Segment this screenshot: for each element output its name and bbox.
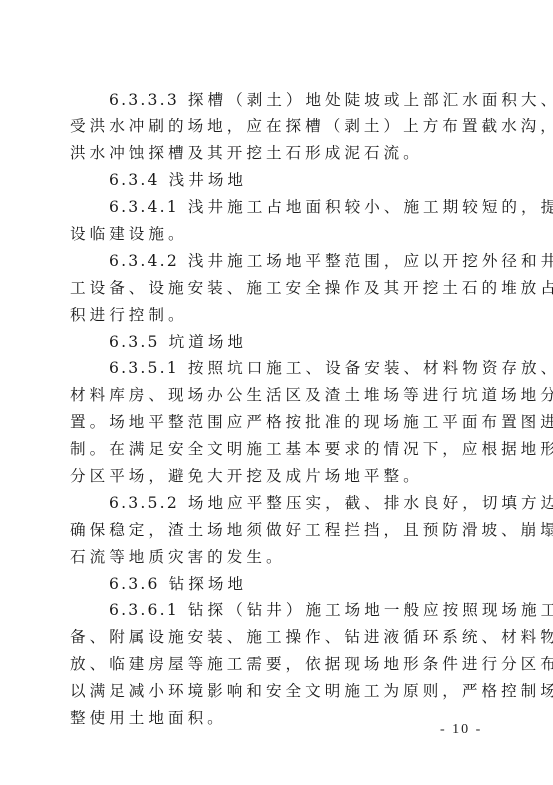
- section-title: 坑道场地: [160, 333, 247, 351]
- text-line: 设临建设施。: [70, 221, 484, 248]
- clause-text: 备、附属设施安装、施工操作、钻进液循环系统、材料物资存: [70, 628, 553, 646]
- clause-text: 以满足减小环境影响和安全文明施工为原则，严格控制场地平: [70, 682, 553, 700]
- clause-number: 6.3.4.1: [109, 198, 179, 216]
- clause-text: 按照坑口施工、设备安装、材料物资存放、设备: [179, 359, 553, 377]
- heading-6-3-6: 6.3.6 钻探场地: [70, 571, 484, 598]
- section-number: 6.3.4: [109, 171, 160, 189]
- heading-6-3-4: 6.3.4 浅井场地: [70, 167, 484, 194]
- heading-6-3-5: 6.3.5 坑道场地: [70, 329, 484, 356]
- section-number: 6.3.5: [109, 333, 160, 351]
- clause-text: 制。在满足安全文明施工基本要求的情况下，应根据地形条件: [70, 440, 553, 458]
- text-line: 备、附属设施安装、施工操作、钻进液循环系统、材料物资存: [70, 624, 484, 651]
- clause-number: 6.3.3.3: [109, 91, 179, 109]
- clause-text: 钻探（钻井）施工场地一般应按照现场施工设: [179, 601, 553, 619]
- clause-text: 工设备、设施安装、施工安全操作及其开挖土石的堆放占地面: [70, 279, 553, 297]
- clause-text: 探槽（剥土）地处陡坡或上部汇水面积大、易遭: [179, 91, 553, 109]
- clause-text: 分区平场，避免大开挖及成片场地平整。: [70, 467, 423, 485]
- clause-text: 设临建设施。: [70, 225, 188, 243]
- text-line: 积进行控制。: [70, 302, 484, 329]
- clause-text: 浅井施工场地平整范围，应以开挖外径和井口施: [179, 252, 553, 270]
- clause-6-3-3-3: 6.3.3.3 探槽（剥土）地处陡坡或上部汇水面积大、易遭: [70, 87, 484, 114]
- text-line: 分区平场，避免大开挖及成片场地平整。: [70, 463, 484, 490]
- clause-number: 6.3.4.2: [109, 252, 179, 270]
- clause-text: 石流等地质灾害的发生。: [70, 548, 286, 566]
- text-line: 制。在满足安全文明施工基本要求的情况下，应根据地形条件: [70, 436, 484, 463]
- text-line: 置。场地平整范围应严格按批准的现场施工平面布置图进行控: [70, 409, 484, 436]
- section-title: 浅井场地: [160, 171, 247, 189]
- clause-6-3-5-1: 6.3.5.1 按照坑口施工、设备安装、材料物资存放、设备: [70, 355, 484, 382]
- text-line: 确保稳定，渣土场地须做好工程拦挡，且预防滑坡、崩塌、泥: [70, 517, 484, 544]
- page-number: - 10 -: [440, 722, 500, 738]
- text-line: 以满足减小环境影响和安全文明施工为原则，严格控制场地平: [70, 678, 484, 705]
- clause-6-3-5-2: 6.3.5.2 场地应平整压实，截、排水良好，切填方边坡应: [70, 490, 484, 517]
- clause-6-3-6-1: 6.3.6.1 钻探（钻井）施工场地一般应按照现场施工设: [70, 597, 484, 624]
- text-line: 石流等地质灾害的发生。: [70, 544, 484, 571]
- clause-text: 积进行控制。: [70, 306, 188, 324]
- clause-text: 场地应平整压实，截、排水良好，切填方边坡应: [179, 494, 553, 512]
- clause-number: 6.3.6.1: [109, 601, 179, 619]
- text-line: 受洪水冲刷的场地，应在探槽（剥土）上方布置截水沟，预防: [70, 113, 484, 140]
- clause-text: 整使用土地面积。: [70, 709, 227, 727]
- clause-text: 浅井施工占地面积较小、施工期较短的，提倡不: [179, 198, 553, 216]
- section-title: 钻探场地: [160, 575, 247, 593]
- clause-text: 洪水冲蚀探槽及其开挖土石形成泥石流。: [70, 144, 423, 162]
- text-line: 洪水冲蚀探槽及其开挖土石形成泥石流。: [70, 140, 484, 167]
- text-line: 整使用土地面积。: [70, 705, 484, 732]
- clause-text: 置。场地平整范围应严格按批准的现场施工平面布置图进行控: [70, 413, 553, 431]
- body-text: 6.3.3.3 探槽（剥土）地处陡坡或上部汇水面积大、易遭 受洪水冲刷的场地，应…: [70, 87, 484, 732]
- text-line: 工设备、设施安装、施工安全操作及其开挖土石的堆放占地面: [70, 275, 484, 302]
- clause-number: 6.3.5.1: [109, 359, 179, 377]
- clause-6-3-4-1: 6.3.4.1 浅井施工占地面积较小、施工期较短的，提倡不: [70, 194, 484, 221]
- clause-6-3-4-2: 6.3.4.2 浅井施工场地平整范围，应以开挖外径和井口施: [70, 248, 484, 275]
- text-line: 放、临建房屋等施工需要，依据现场地形条件进行分区布置，: [70, 651, 484, 678]
- section-number: 6.3.6: [109, 575, 160, 593]
- text-line: 材料库房、现场办公生活区及渣土堆场等进行坑道场地分区布: [70, 382, 484, 409]
- clause-text: 放、临建房屋等施工需要，依据现场地形条件进行分区布置，: [70, 655, 553, 673]
- clause-text: 确保稳定，渣土场地须做好工程拦挡，且预防滑坡、崩塌、泥: [70, 521, 553, 539]
- document-page: 6.3.3.3 探槽（剥土）地处陡坡或上部汇水面积大、易遭 受洪水冲刷的场地，应…: [0, 0, 553, 785]
- clause-number: 6.3.5.2: [109, 494, 179, 512]
- clause-text: 受洪水冲刷的场地，应在探槽（剥土）上方布置截水沟，预防: [70, 117, 553, 135]
- clause-text: 材料库房、现场办公生活区及渣土堆场等进行坑道场地分区布: [70, 386, 553, 404]
